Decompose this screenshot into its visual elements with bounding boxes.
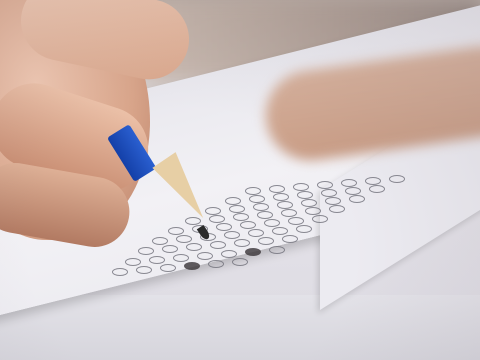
photo-scene: Close-up photo of a hand holding a blue … bbox=[0, 0, 480, 360]
vignette bbox=[0, 0, 480, 360]
